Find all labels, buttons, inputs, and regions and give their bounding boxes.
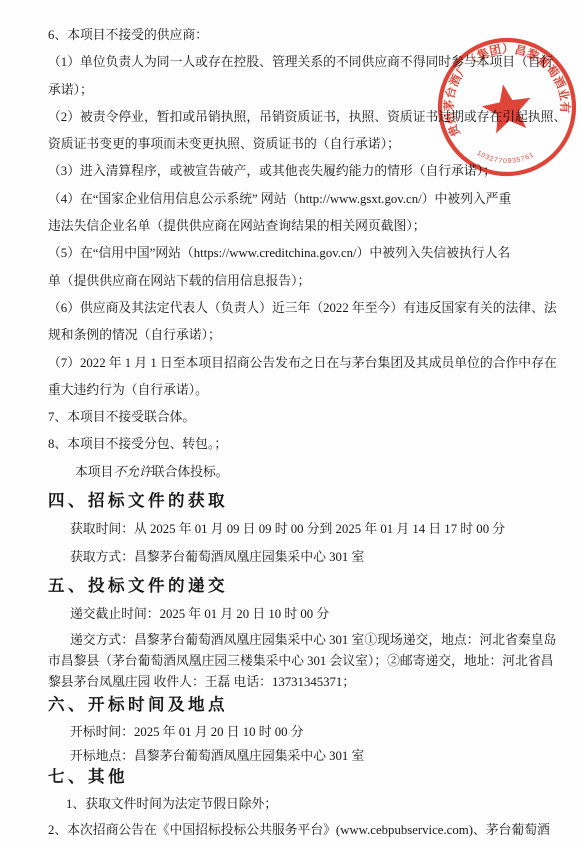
section-heading: 六、开标时间及地点 <box>48 692 564 718</box>
section-heading: 五、投标文件的递交 <box>48 573 564 599</box>
text-line: 黎县茅台凤凰庄园 收件人：王磊 电话：13731345371； <box>48 672 564 694</box>
italic-text: 不允许 <box>113 465 151 479</box>
text-line: （5）在“信用中国”网站（https://www.creditchina.gov… <box>48 240 564 267</box>
section-bid-document-acquisition: 四、招标文件的获取获取时间：从 2025 年 01 月 09 日 09 时 00… <box>48 488 564 571</box>
text-line: 违法失信企业名单（提供供应商在网站查询结果的相关网页截图）； <box>48 213 564 240</box>
text-line: 2、本次招商公告在《中国招标投标公共服务平台》(www.cebpubservic… <box>48 816 564 845</box>
text-line: 资质证书变更的事项而未变更执照、资质证书的（自行承诺）； <box>48 131 564 158</box>
text-line: （2）被责令停业，暂扣或吊销执照，吊销资质证书，执照、资质证书过期或存在引起执照… <box>48 104 564 131</box>
text-line: （6）供应商及其法定代表人（负责人）近三年（2022 年至今）有违反国家有关的法… <box>48 295 564 322</box>
text-line: 6、本项目不接受的供应商： <box>48 22 564 49</box>
text-line: （7）2022 年 1 月 1 日至本项目招商公告发布之日在与茅台集团及其成员单… <box>48 350 564 377</box>
text-line: 递交方式：昌黎茅台葡萄酒凤凰庄园集采中心 301 室①现场递交，地点：河北省秦皇… <box>48 629 564 651</box>
text-line: 承诺）； <box>48 77 564 104</box>
text-line: 开标时间：2025 年 01 月 20 日 10 时 00 分 <box>48 720 564 745</box>
text-line: 8、本项目不接受分包、转包。； <box>48 431 564 458</box>
section-other: 七、其他1、获取文件时间为法定节假日除外；2、本次招商公告在《中国招标投标公共服… <box>48 764 564 845</box>
text-line: 获取方式：昌黎茅台葡萄酒凤凰庄园集采中心 301 室 <box>48 544 564 572</box>
text-run: 本项目 <box>75 465 113 479</box>
text-line: 获取时间：从 2025 年 01 月 09 日 09 时 00 分到 2025 … <box>48 516 564 544</box>
text-line: （3）进入清算程序，或被宣告破产，或其他丧失履约能力的情形（自行承诺）； <box>48 158 564 185</box>
document-page: 6、本项目不接受的供应商：（1）单位负责人为同一人或存在控股、管理关系的不同供应… <box>0 0 582 849</box>
text-line: 本项目不允许联合体投标。 <box>48 459 564 486</box>
text-line: 规和条例的情况（自行承诺）； <box>48 322 564 349</box>
text-line: （4）在“国家企业信用信息公示系统” 网站（http://www.gsxt.go… <box>48 186 564 213</box>
text-run: 联合体投标。 <box>152 465 229 479</box>
text-line: 1、获取文件时间为法定节假日除外； <box>48 792 564 816</box>
text-line: 递交截止时间：2025 年 01 月 20 日 10 时 00 分 <box>48 601 564 629</box>
text-line: 7、本项目不接受联合体。 <box>48 404 564 431</box>
text-line: （1）单位负责人为同一人或存在控股、管理关系的不同供应商不得同时参与本项目（自行 <box>48 49 564 76</box>
text-line: 重大违约行为（自行承诺）。 <box>48 377 564 404</box>
section-bid-submission: 五、投标文件的递交递交截止时间：2025 年 01 月 20 日 10 时 00… <box>48 573 564 694</box>
section-bid-opening: 六、开标时间及地点开标时间：2025 年 01 月 20 日 10 时 00 分… <box>48 692 564 769</box>
text-line: 市昌黎县（茅台葡萄酒凤凰庄园三楼集采中心 301 会议室）；②邮寄递交，地址：河… <box>48 651 564 673</box>
section-supplier-exclusions: 6、本项目不接受的供应商：（1）单位负责人为同一人或存在控股、管理关系的不同供应… <box>48 22 564 486</box>
text-line: 单（提供供应商在网站下载的信用信息报告）； <box>48 268 564 295</box>
document-content: 6、本项目不接受的供应商：（1）单位负责人为同一人或存在控股、管理关系的不同供应… <box>48 22 564 845</box>
section-heading: 四、招标文件的获取 <box>48 488 564 514</box>
